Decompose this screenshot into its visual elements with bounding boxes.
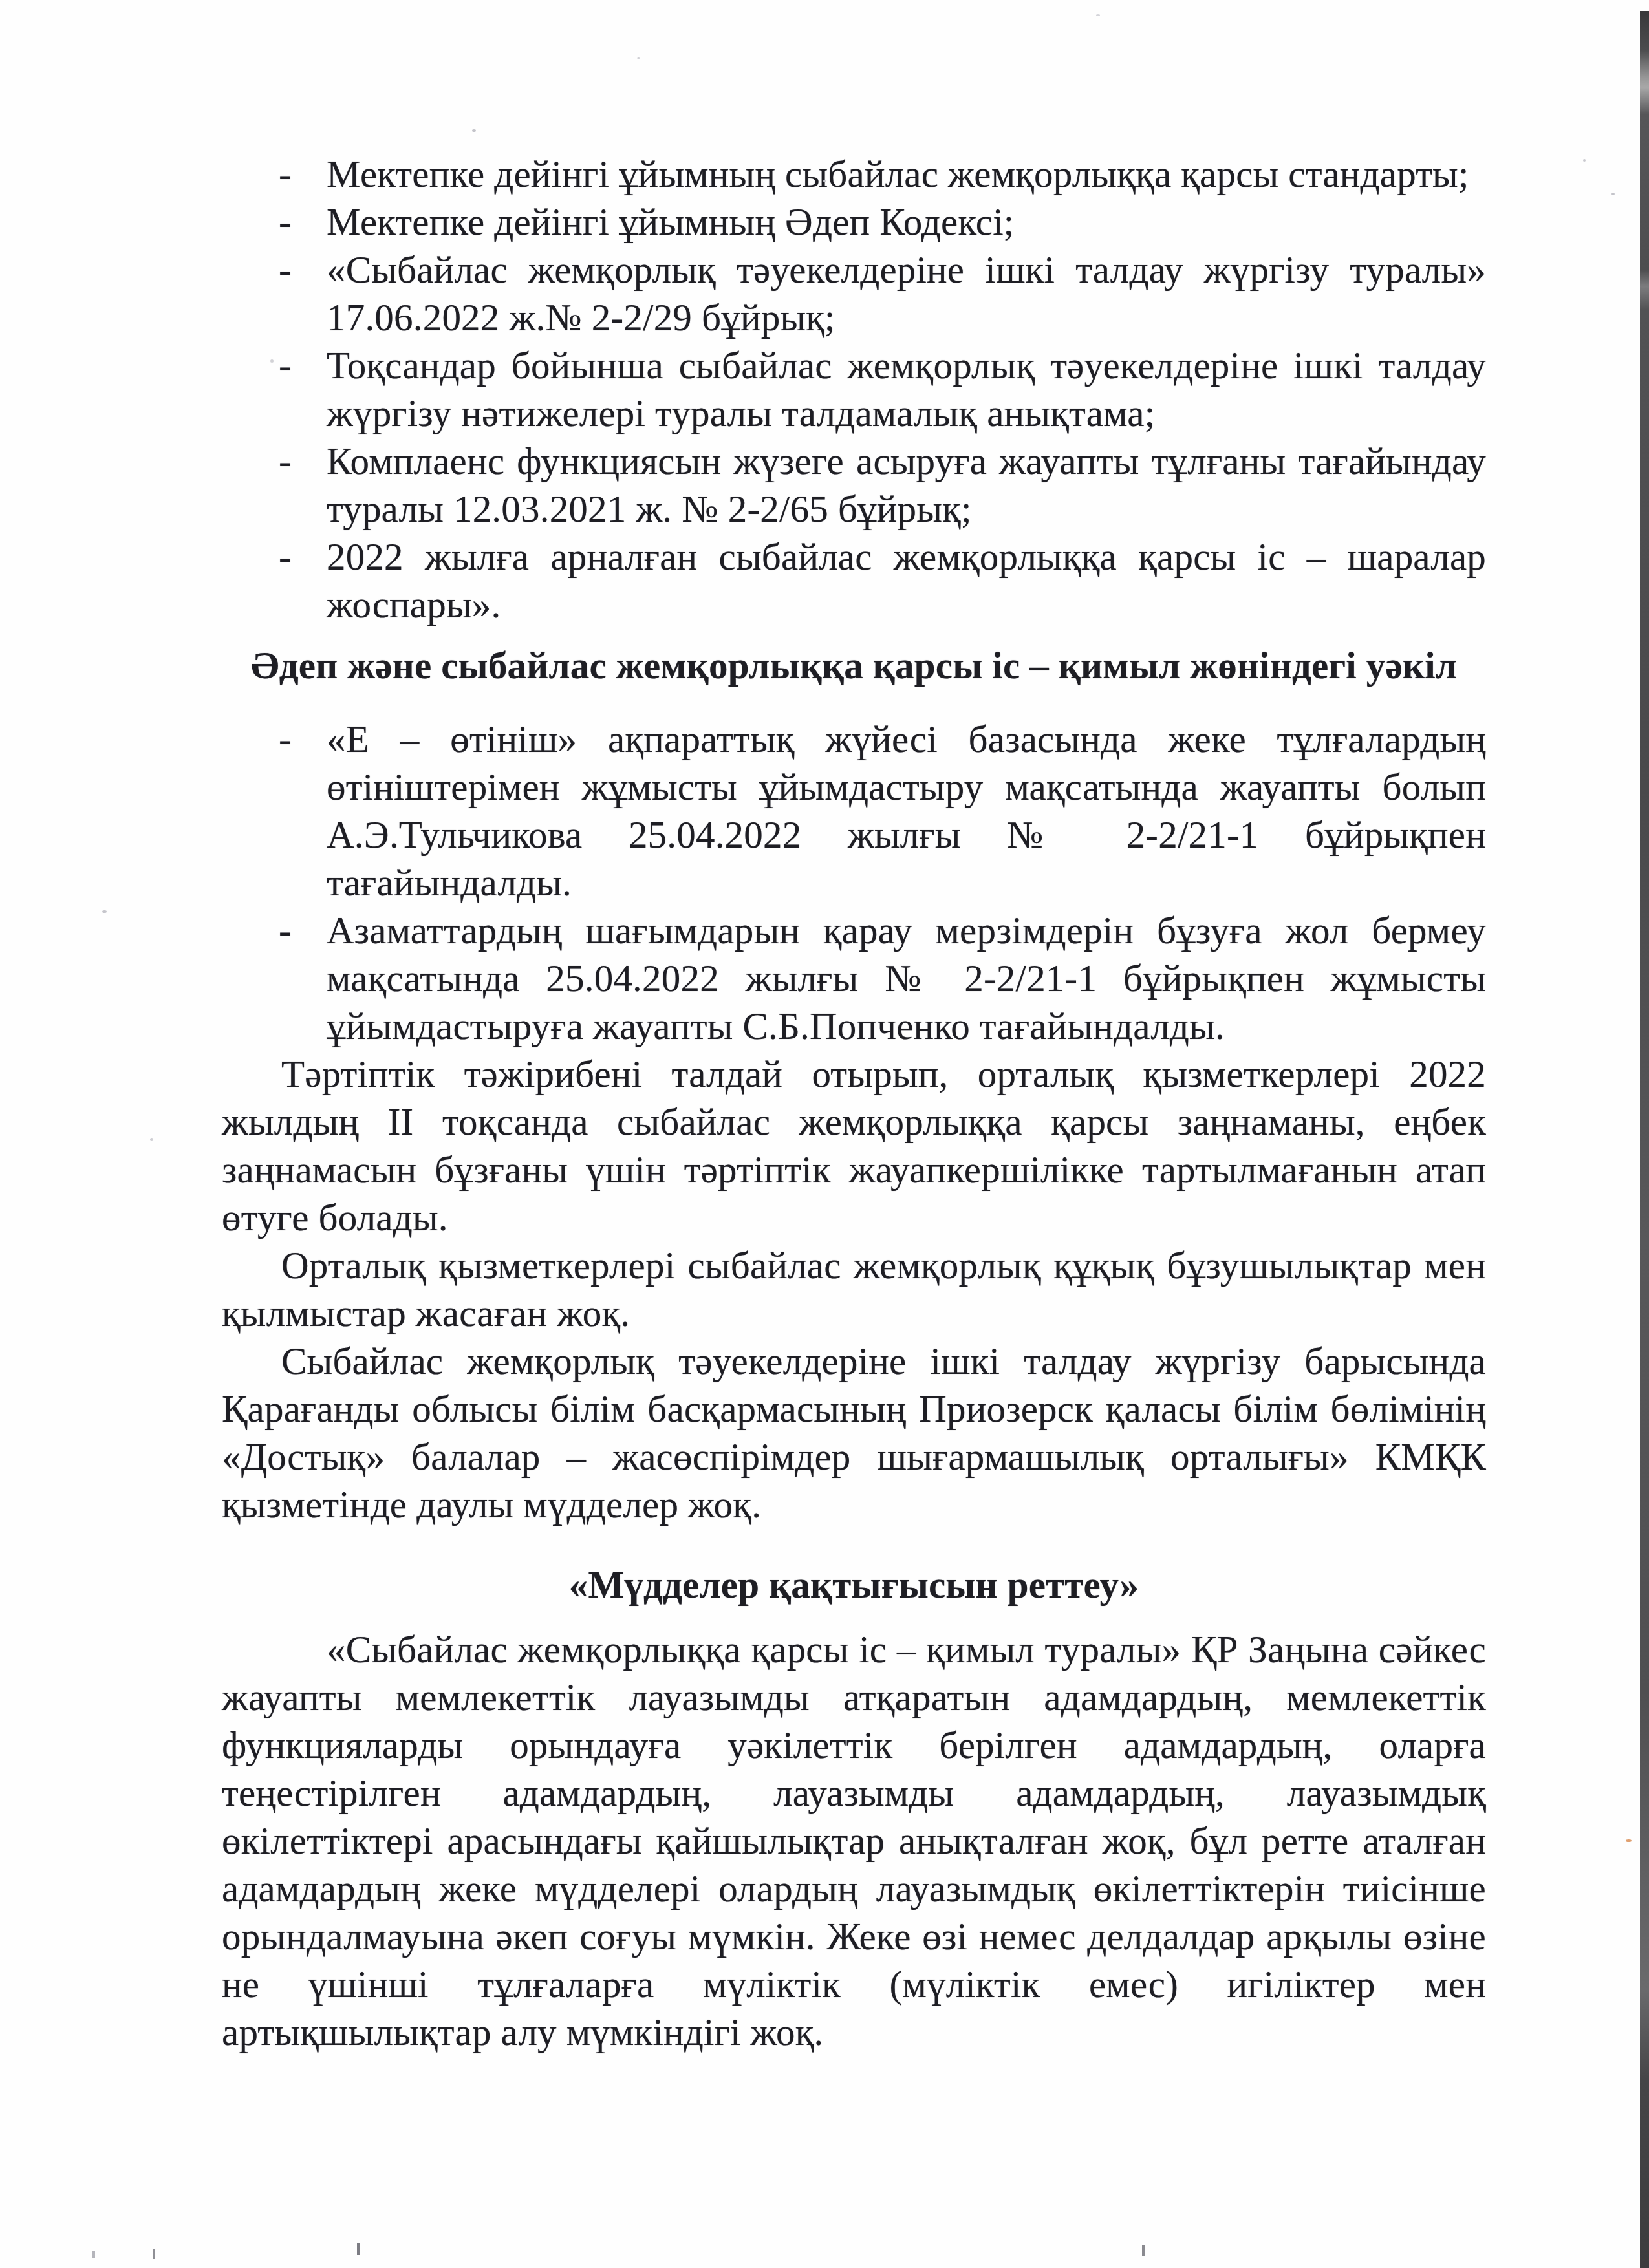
scan-speck (472, 129, 476, 132)
dash-bullet-marker: - (279, 533, 327, 581)
dash-bullet-marker: - (279, 198, 327, 246)
section-heading-ethics-officer: Әдеп және сыбайлас жемқорлыққа қарсы іс … (222, 641, 1486, 689)
list-item: - Комплаенс функциясын жүзеге асыруға жа… (279, 437, 1486, 533)
dash-bullet-marker: - (279, 906, 327, 954)
bullet-list-regulations: - Мектепке дейінгі ұйымның сыбайлас жемқ… (222, 150, 1486, 628)
dash-bullet-marker: - (279, 246, 327, 294)
scan-edge-artifact (1640, 11, 1649, 2268)
list-item-text: Комплаенс функциясын жүзеге асыруға жауа… (327, 437, 1486, 533)
dash-bullet-marker: - (279, 150, 327, 198)
list-item: - Тоқсандар бойынша сыбайлас жемқорлық т… (279, 341, 1486, 437)
scan-speck (357, 2243, 360, 2255)
list-item-text: Азаматтардың шағымдарын қарау мерзімдері… (327, 906, 1486, 1050)
list-item: - «Сыбайлас жемқорлық тәуекелдеріне ішкі… (279, 246, 1486, 341)
scan-speck (637, 57, 640, 59)
scan-speck (153, 2249, 155, 2259)
dash-bullet-marker: - (279, 715, 327, 763)
paragraph-conflict-of-interest: «Сыбайлас жемқорлыққа қарсы іс – қимыл т… (222, 1625, 1486, 2056)
list-item-text: 2022 жылға арналған сыбайлас жемқорлыққа… (327, 533, 1486, 628)
section-heading-conflict-of-interest: «Мүдделер қақтығысын реттеу» (222, 1561, 1486, 1609)
bullet-list-appointments: - «Е – өтініш» ақпараттық жүйесі базасын… (222, 715, 1486, 1050)
dash-bullet-marker: - (279, 437, 327, 485)
dash-bullet-marker: - (279, 341, 327, 389)
list-item-text: Мектепке дейінгі ұйымның Әдеп Кодексі; (327, 198, 1486, 246)
scan-speck (823, 180, 826, 182)
list-item: - 2022 жылға арналған сыбайлас жемқорлық… (279, 533, 1486, 628)
list-item: - Мектепке дейінгі ұйымның сыбайлас жемқ… (279, 150, 1486, 198)
scan-speck (1583, 159, 1586, 162)
paragraph-risk-analysis: Сыбайлас жемқорлық тәуекелдеріне ішкі та… (222, 1337, 1486, 1528)
scan-speck (1142, 2245, 1145, 2256)
paragraph-no-violations: Орталық қызметкерлері сыбайлас жемқорлық… (222, 1241, 1486, 1337)
scan-speck (92, 2251, 95, 2258)
paragraph-disciplinary-practice: Тәртіптік тәжірибені талдай отырып, орта… (222, 1050, 1486, 1241)
list-item-text: Мектепке дейінгі ұйымның сыбайлас жемқор… (327, 150, 1486, 198)
list-item: - Мектепке дейінгі ұйымның Әдеп Кодексі; (279, 198, 1486, 246)
scan-speck (150, 1138, 153, 1141)
list-item-text: «Е – өтініш» ақпараттық жүйесі базасында… (327, 715, 1486, 906)
document-content: - Мектепке дейінгі ұйымның сыбайлас жемқ… (222, 150, 1486, 2056)
list-item-text: Тоқсандар бойынша сыбайлас жемқорлық тәу… (327, 341, 1486, 437)
scan-speck (102, 910, 107, 913)
scan-speck (1626, 1839, 1632, 1842)
list-item-text: «Сыбайлас жемқорлық тәуекелдеріне ішкі т… (327, 246, 1486, 341)
scan-speck (1096, 14, 1100, 16)
document-page: - Мектепке дейінгі ұйымның сыбайлас жемқ… (0, 0, 1649, 2268)
list-item: - Азаматтардың шағымдарын қарау мерзімде… (279, 906, 1486, 1050)
list-item: - «Е – өтініш» ақпараттық жүйесі базасын… (279, 715, 1486, 906)
scan-speck (270, 359, 274, 363)
scan-speck (1611, 193, 1615, 195)
